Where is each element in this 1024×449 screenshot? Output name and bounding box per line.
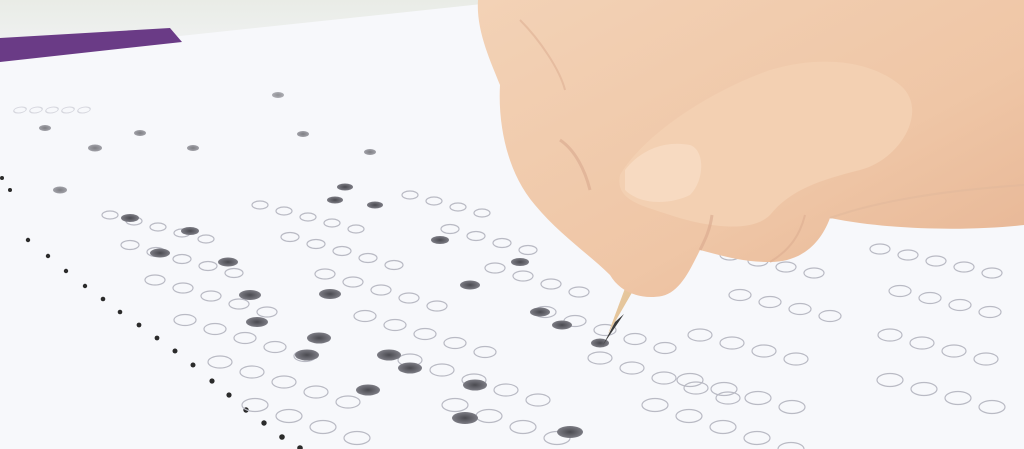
answer-sheet-illustration	[0, 0, 1024, 449]
photo-scene: Close-up photo of a hand holding a purpl…	[0, 0, 1024, 449]
